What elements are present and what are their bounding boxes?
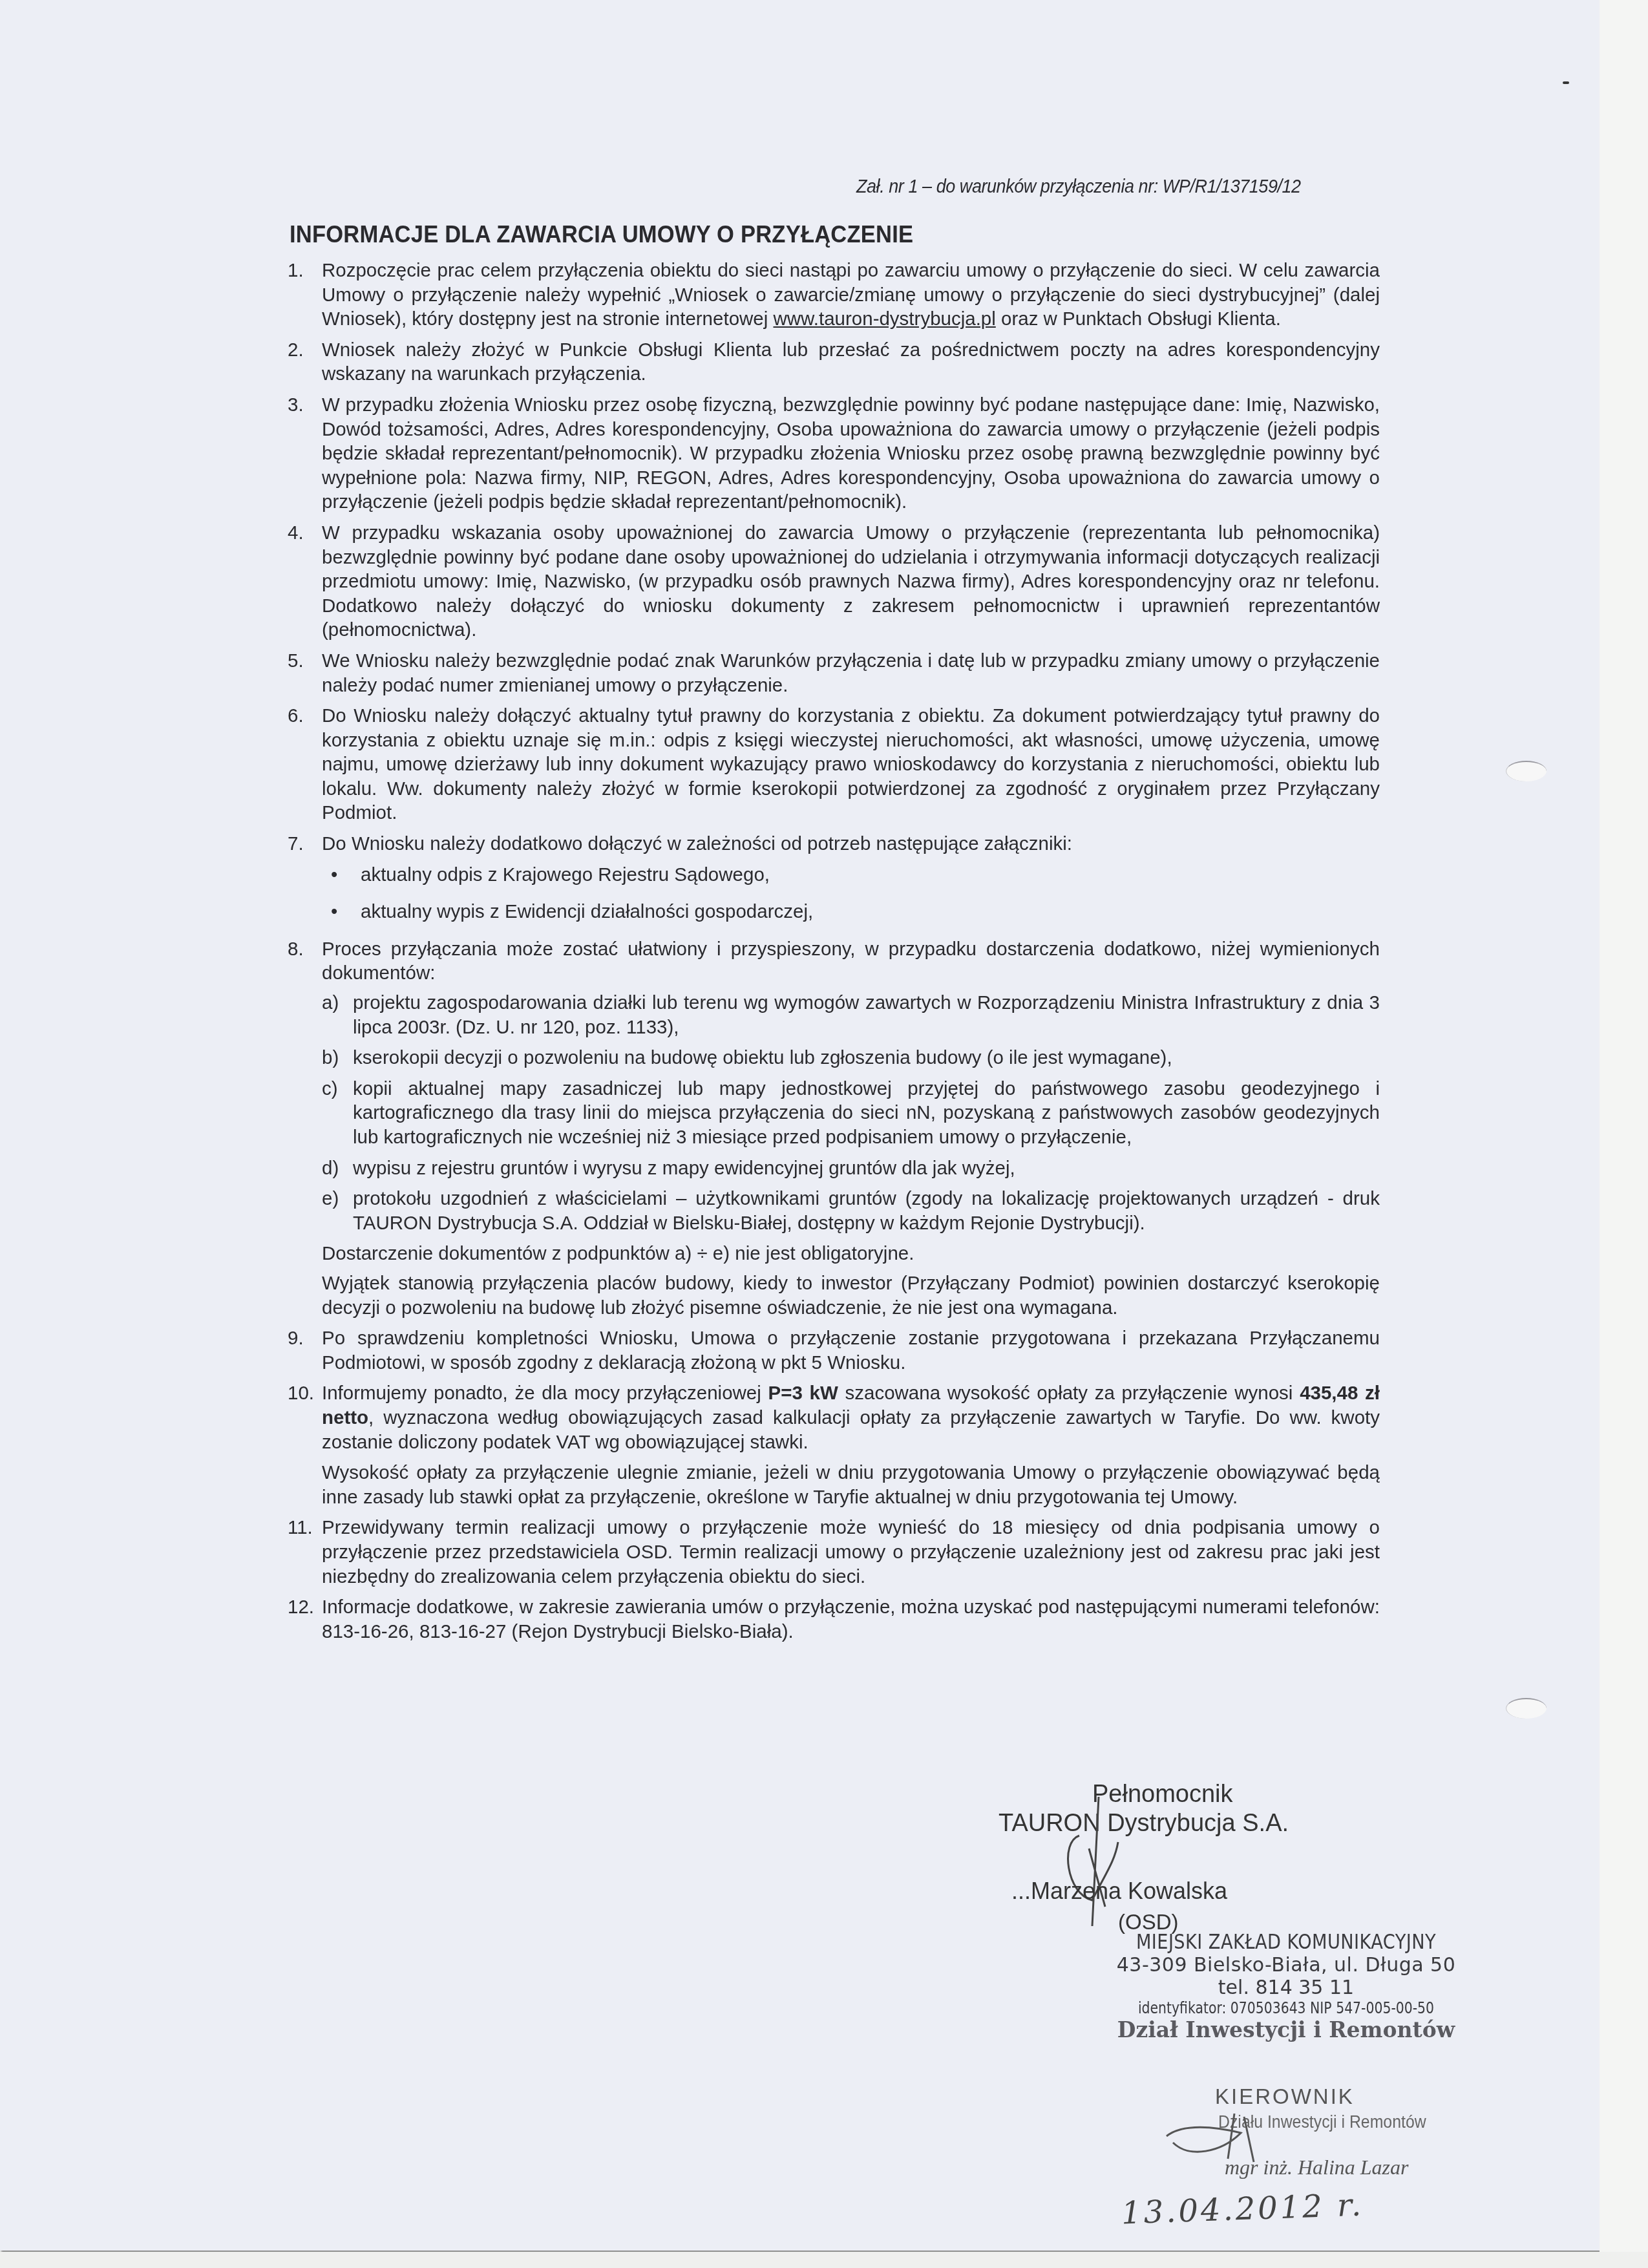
- handwritten-date: 13.04.2012 r.: [1121, 2187, 1364, 2231]
- sub-item-d: d)wypisu z rejestru gruntów i wyrysu z m…: [322, 1156, 1380, 1181]
- handwritten-signature-icon: [1053, 1797, 1125, 1945]
- fee-change-note: Wysokość opłaty za przyłączenie ulegnie …: [322, 1461, 1380, 1509]
- list-item-11: 11. Przewidywany termin realizacji umowy…: [288, 1516, 1380, 1589]
- document-title: INFORMACJE DLA ZAWARCIA UMOWY O PRZYŁĄCZ…: [290, 221, 913, 248]
- bullet-icon: •: [331, 863, 337, 887]
- punch-hole: [1506, 761, 1547, 781]
- list-item-9: 9. Po sprawdzeniu kompletności Wniosku, …: [288, 1326, 1380, 1375]
- scanner-margin-bottom: [0, 2252, 1648, 2268]
- sub-item-e: e)protokołu uzgodnień z właścicielami – …: [322, 1187, 1380, 1235]
- signatory-company: TAURON Dystrybucja S.A.: [998, 1810, 1289, 1838]
- optional-note: Dostarczenie dokumentów z podpunktów a) …: [322, 1242, 1380, 1266]
- list-item-1: 1. Rozpoczęcie prac celem przyłączenia o…: [288, 259, 1380, 332]
- list-item-4: 4. W przypadku wskazania osoby upoważnio…: [288, 521, 1380, 642]
- list-item-10: 10. Informujemy ponadto, że dla mocy prz…: [288, 1381, 1380, 1509]
- connection-power: P=3 kW: [768, 1383, 838, 1404]
- sub-item-a: a)projektu zagospodarowania działki lub …: [322, 991, 1380, 1039]
- attachments-list: •aktualny odpis z Krajowego Rejestru Sąd…: [322, 863, 1380, 924]
- bullet-item: •aktualny wypis z Ewidencji działalności…: [322, 900, 1380, 924]
- list-item-6: 6. Do Wniosku należy dołączyć aktualny t…: [288, 704, 1380, 825]
- sub-item-b: b)kserokopii decyzji o pozwoleniu na bud…: [322, 1046, 1380, 1070]
- manager-title: KIEROWNIK: [1215, 2084, 1355, 2109]
- document-body: 1. Rozpoczęcie prac celem przyłączenia o…: [288, 259, 1380, 1650]
- scanner-margin: [1600, 0, 1648, 2268]
- tauron-website-link[interactable]: www.tauron-dystrybucja.pl: [774, 308, 996, 330]
- bullet-item: •aktualny odpis z Krajowego Rejestru Sąd…: [322, 863, 1380, 887]
- manager-name: mgr inż. Halina Lazar: [1225, 2156, 1409, 2179]
- scan-speck: [1563, 81, 1569, 84]
- list-item-7: 7. Do Wniosku należy dodatkowo dołączyć …: [288, 832, 1380, 924]
- list-item-8: 8. Proces przyłączania może zostać ułatw…: [288, 937, 1380, 1320]
- punch-hole: [1506, 1698, 1547, 1719]
- attachment-reference: Zał. nr 1 – do warunków przyłączenia nr:…: [856, 176, 1301, 198]
- exception-note: Wyjątek stanowią przyłączenia placów bud…: [322, 1271, 1380, 1320]
- signatory-name: ...Marzena Kowalska: [1011, 1878, 1227, 1905]
- bullet-icon: •: [331, 900, 337, 924]
- list-item-12: 12. Informacje dodatkowe, w zakresie zaw…: [288, 1595, 1380, 1644]
- scanned-page: Zał. nr 1 – do warunków przyłączenia nr:…: [0, 0, 1600, 2251]
- sub-item-c: c)kopii aktualnej mapy zasadniczej lub m…: [322, 1077, 1380, 1150]
- list-item-5: 5. We Wniosku należy bezwzględnie podać …: [288, 649, 1380, 697]
- optional-documents-list: a)projektu zagospodarowania działki lub …: [322, 991, 1380, 1235]
- list-item-2: 2. Wniosek należy złożyć w Punkcie Obsłu…: [288, 338, 1380, 387]
- list-item-3: 3. W przypadku złożenia Wniosku przez os…: [288, 393, 1380, 514]
- company-stamp: MIEJSKI ZAKŁAD KOMUNIKACYJNY 43-309 Biel…: [1099, 1929, 1474, 2042]
